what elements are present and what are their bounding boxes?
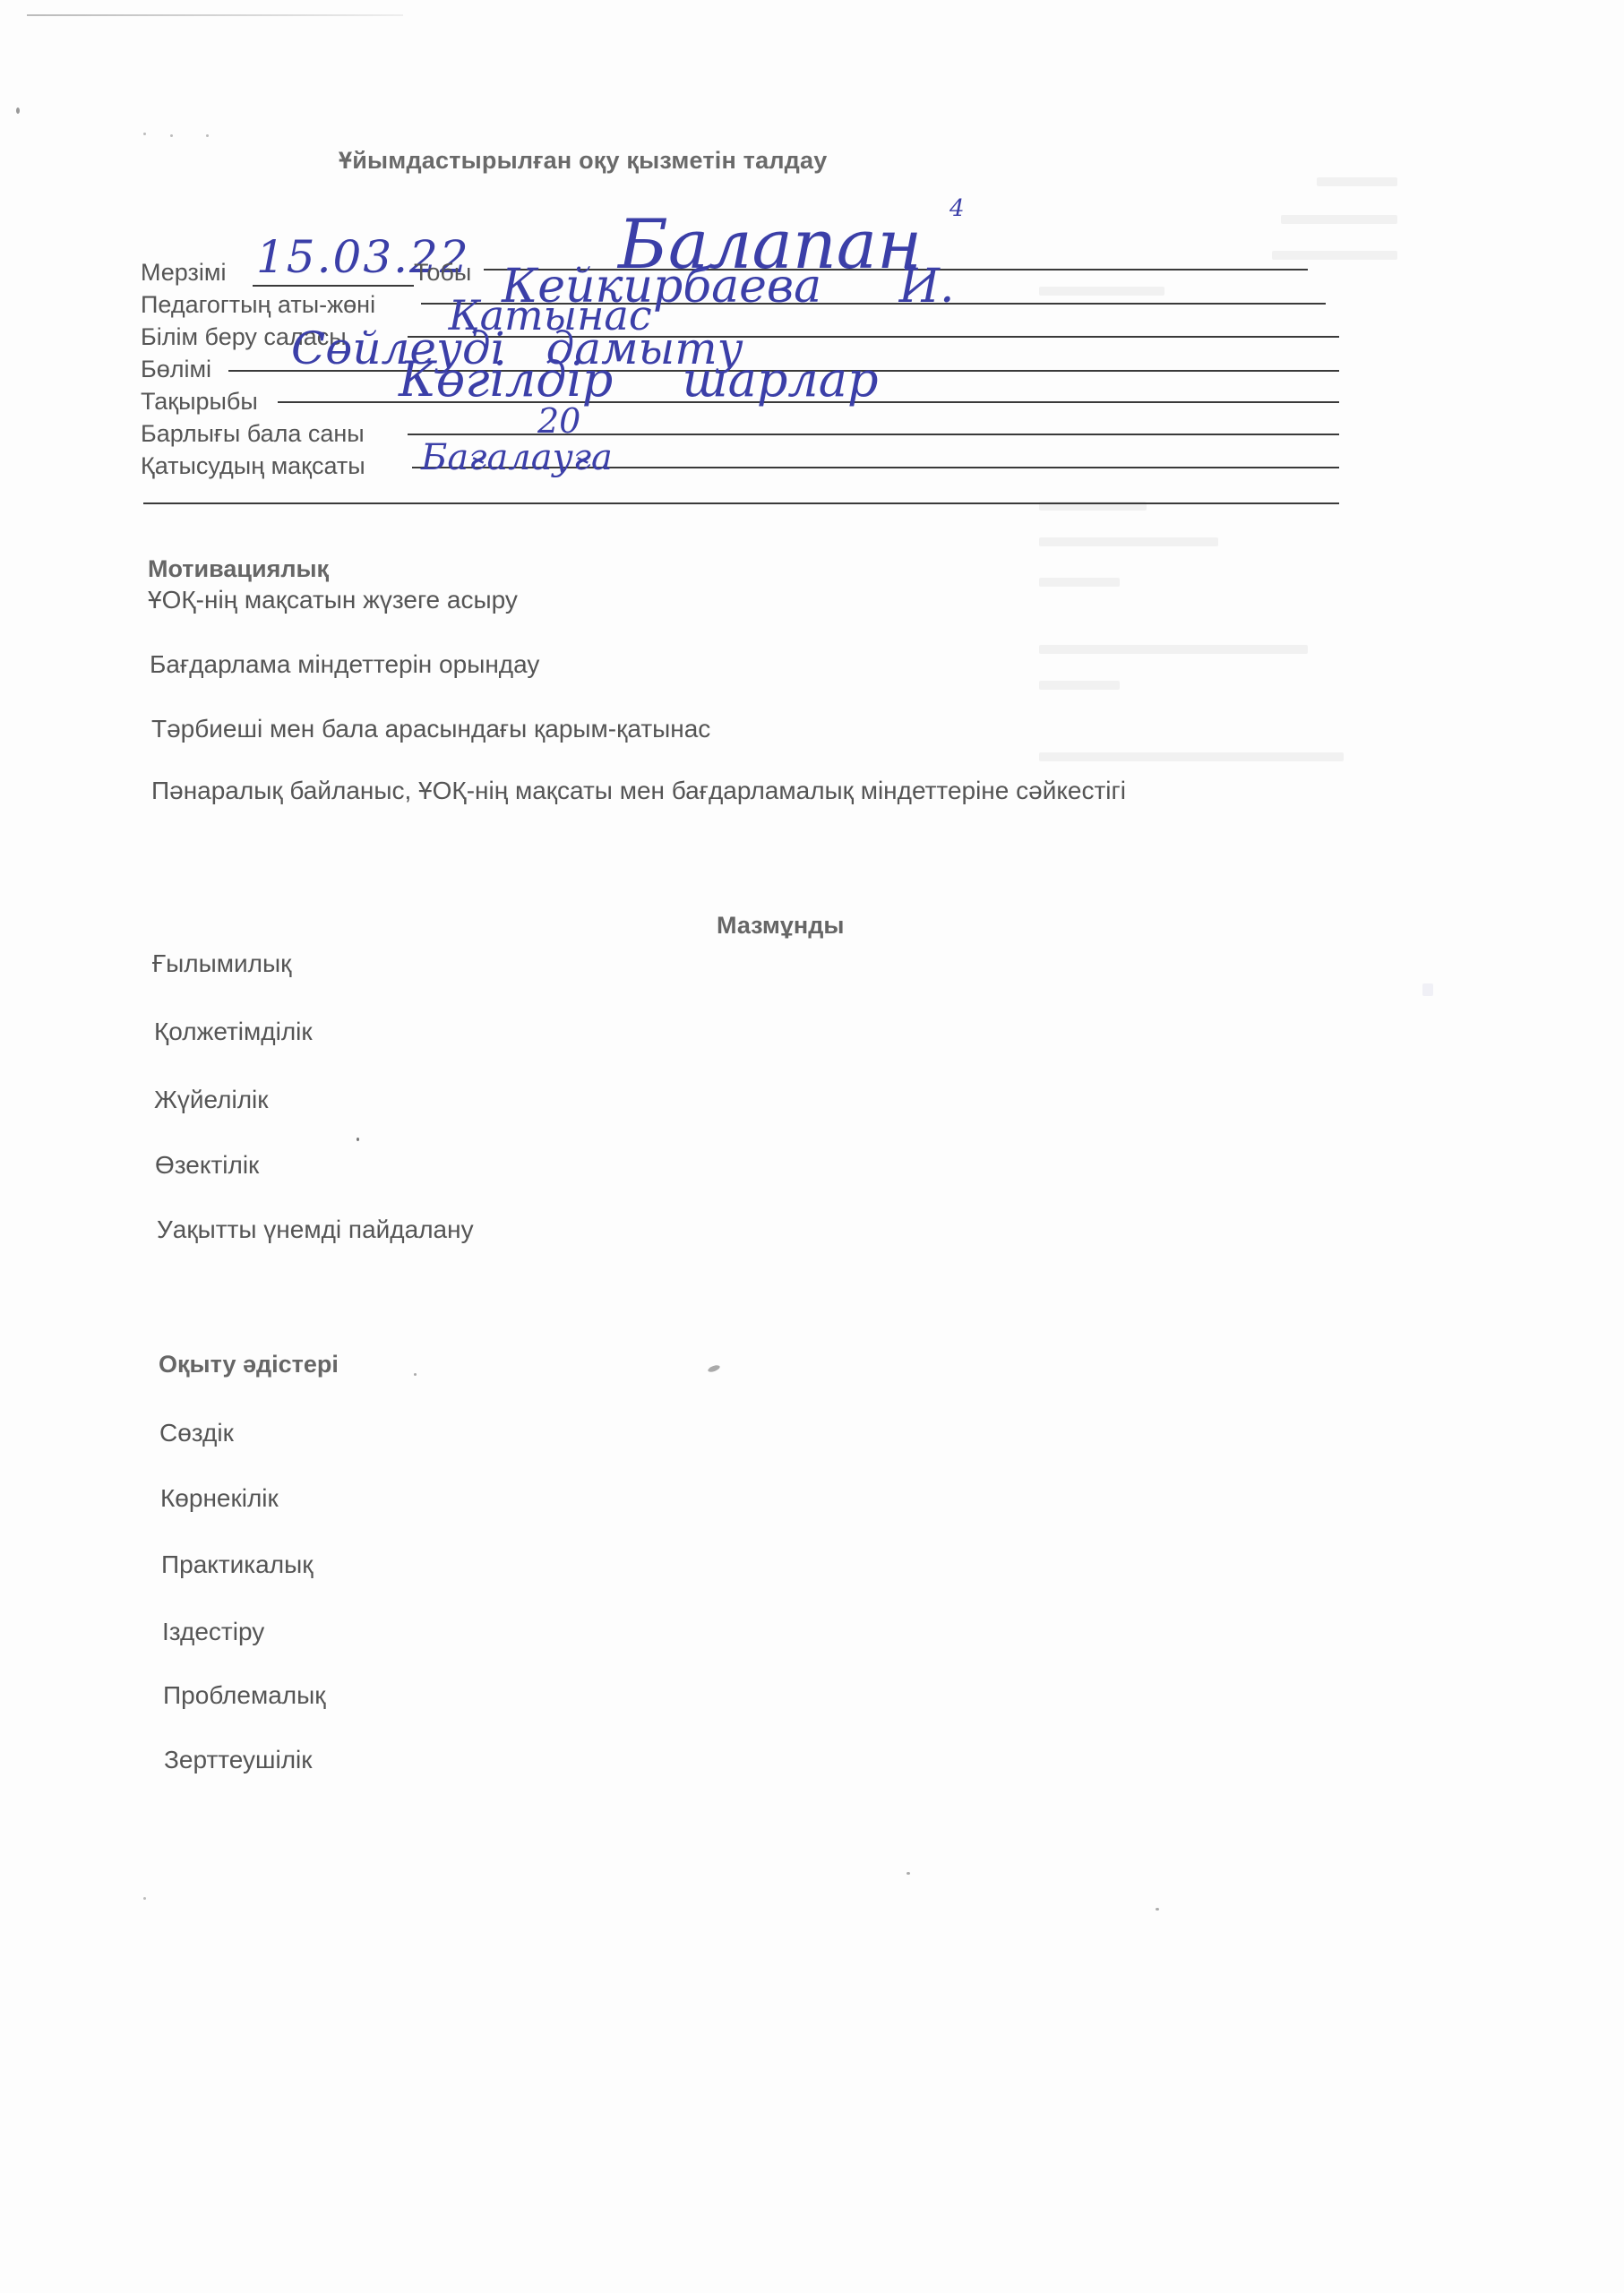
scan-speck [143,1897,146,1900]
field-topic-value: Көгілдір шарлар [399,351,879,408]
method-item: Сөздік [159,1419,234,1447]
scan-speck [1422,983,1433,996]
bleed-through [1039,681,1120,690]
field-date-label: Мерзімі [141,256,226,288]
bleed-through [1039,578,1120,587]
scan-speck [16,107,20,114]
method-item: Зерттеушілік [164,1746,313,1774]
method-item: Проблемалық [163,1681,326,1710]
scan-speck [143,133,146,135]
content-heading: Мазмұнды [717,912,844,940]
document-title: Ұйымдастырылған оқу қызметін талдау [339,147,827,175]
field-children-count-value: 20 [537,401,580,441]
field-children-count: Барлығы бала саны [141,417,365,450]
motivation-item: Пәнаралық байланыс, ҰОҚ-нің мақсаты мен … [151,777,1126,805]
content-item: Қолжетімділік [154,1018,313,1046]
bleed-through [1317,177,1397,186]
scan-speck [707,1364,720,1373]
scan-speck [206,134,209,137]
scan-speck [414,1373,417,1376]
method-item: Практикалық [161,1550,313,1579]
field-topic: Тақырыбы [141,385,258,417]
motivation-item: Тәрбиеші мен бала арасындағы қарым-қатын… [151,715,710,743]
scanned-page: Ұйымдастырылған оқу қызметін талдау 4 Ме… [0,0,1624,2293]
field-date-line[interactable] [253,285,414,287]
scan-speck [357,1138,359,1141]
motivation-item: Бағдарлама міндеттерін орындау [150,650,539,679]
content-item: Жүйелілік [154,1086,269,1114]
field-attendance-purpose: Қатысудың мақсаты [141,450,365,482]
field-group: Тобы [414,256,471,288]
field-teacher-label: Педагогтың аты-жөні [141,288,375,321]
bleed-through [1272,251,1397,260]
bleed-through [1039,537,1218,546]
field-attendance-purpose-value: Бағалауға [421,437,613,478]
field-attendance-purpose-label: Қатысудың мақсаты [141,450,365,482]
bleed-through [1039,645,1308,654]
content-item: Уақытты үнемді пайдалану [157,1215,474,1244]
scan-edge-line [27,14,403,16]
scan-speck [907,1872,910,1875]
field-topic-label: Тақырыбы [141,385,258,417]
handwritten-page-mark: 4 [949,195,965,222]
content-item: Ғылымилық [152,949,291,978]
field-section-label: Бөлімі [141,353,211,385]
method-item: Іздестіру [162,1618,264,1646]
field-section: Бөлімі [141,353,211,385]
content-item: Өзектілік [155,1151,259,1180]
extra-blank-line[interactable] [143,502,1339,504]
bleed-through [1281,215,1397,224]
bleed-through [1039,287,1164,296]
motivation-heading: Мотивациялық [148,555,329,583]
field-group-label: Тобы [414,256,471,288]
method-item: Көрнекілік [160,1484,279,1513]
field-teacher: Педагогтың аты-жөні [141,288,375,321]
field-date: Мерзімі [141,256,226,288]
methods-heading: Оқыту әдістері [159,1351,339,1378]
field-children-count-label: Барлығы бала саны [141,417,365,450]
motivation-item: ҰОҚ-нің мақсатын жүзеге асыру [148,586,518,614]
bleed-through [1039,752,1344,761]
scan-speck [170,134,173,137]
scan-speck [1156,1908,1159,1911]
